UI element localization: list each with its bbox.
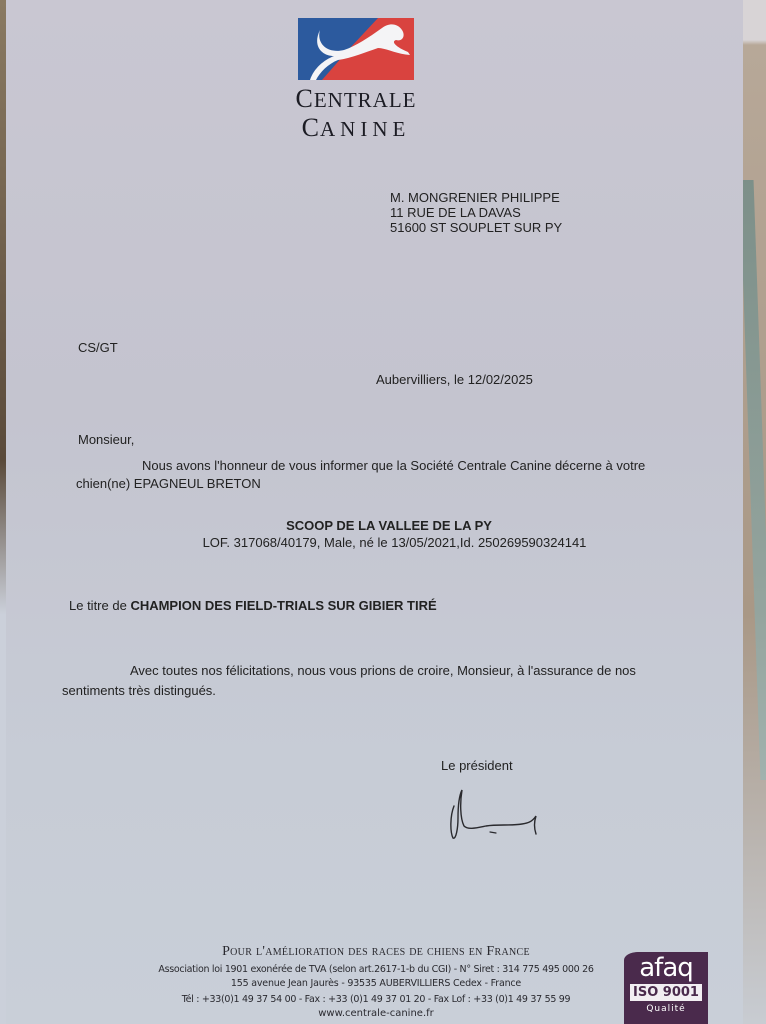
afaq-brand: afaq: [624, 954, 708, 982]
title-awarded: CHAMPION DES FIELD-TRIALS SUR GIBIER TIR…: [130, 598, 436, 613]
footer-legal: Association loi 1901 exonérée de TVA (se…: [146, 964, 606, 975]
org-name-line2: CANINE: [294, 115, 418, 142]
dog-details: LOF. 317068/40179, Male, né le 13/05/202…: [6, 535, 763, 550]
quality-label: Qualité: [624, 1001, 708, 1017]
org-name-line1: CENTRALE: [294, 86, 418, 113]
recipient-name: M. MONGRENIER PHILIPPE: [390, 190, 562, 205]
paragraph1-line2: chien(ne) EPAGNEUL BRETON: [76, 476, 261, 491]
place-date: Aubervilliers, le 12/02/2025: [376, 372, 533, 387]
recipient-city: 51600 ST SOUPLET SUR PY: [390, 220, 562, 235]
title-awarded-line: Le titre de CHAMPION DES FIELD-TRIALS SU…: [69, 598, 437, 613]
closing-line2: sentiments très distingués.: [62, 683, 216, 698]
afaq-iso-badge: afaq ISO 9001 Qualité: [624, 952, 708, 1024]
recipient-street: 11 RUE DE LA DAVAS: [390, 205, 562, 220]
footer-address: 155 avenue Jean Jaurès - 93535 AUBERVILL…: [146, 978, 606, 989]
paragraph1-line1: Nous avons l'honneur de vous informer qu…: [142, 458, 645, 473]
reference-code: CS/GT: [78, 340, 118, 355]
footer-website[interactable]: www.centrale-canine.fr: [146, 1008, 606, 1019]
footer-motto: Pour l'amélioration des races de chiens …: [146, 944, 606, 960]
dog-name: SCOOP DE LA VALLEE DE LA PY: [6, 518, 766, 533]
closing-line1: Avec toutes nos félicitations, nous vous…: [130, 663, 636, 678]
recipient-address: M. MONGRENIER PHILIPPE 11 RUE DE LA DAVA…: [390, 190, 562, 235]
footer-phone-fax: Tél : +33(0)1 49 37 54 00 - Fax : +33 (0…: [146, 994, 606, 1005]
signer-title: Le président: [441, 758, 513, 773]
org-name: CENTRALE CANINE: [294, 86, 418, 142]
handwritten-signature-icon: [446, 788, 546, 844]
leaping-dog-logo-icon: [298, 18, 414, 80]
salutation: Monsieur,: [78, 432, 134, 447]
iso-standard: ISO 9001: [630, 984, 702, 1001]
letter-page: CENTRALE CANINE M. MONGRENIER PHILIPPE 1…: [6, 0, 743, 1024]
title-prefix: Le titre de: [69, 598, 130, 613]
letterhead-logo: CENTRALE CANINE: [294, 18, 418, 142]
